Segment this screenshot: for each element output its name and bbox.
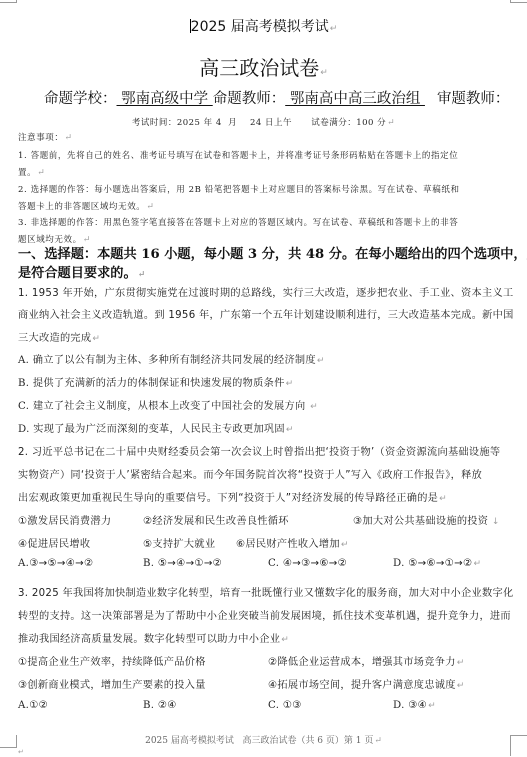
page-footer[interactable]: 2025 届高考模拟考试 高三政治试卷（共 6 页）第 1 页↵ bbox=[0, 733, 527, 746]
paragraph-mark-icon: ↵ bbox=[281, 635, 289, 645]
question-3-item-4[interactable]: ④拓展市场空间，提升客户满意度忠诚度↵ bbox=[268, 676, 465, 691]
exam-name[interactable]: 2025 届高考模拟考试↵ bbox=[0, 16, 527, 36]
crop-mark-top-right bbox=[510, 0, 527, 3]
question-1-stem-line3[interactable]: 三大改造的完成↵ bbox=[18, 329, 100, 344]
note-item-1-cont[interactable]: 置。↵ bbox=[18, 166, 45, 178]
school-value: 鄂南高级中学 bbox=[117, 91, 213, 107]
paragraph-mark-icon: ↵ bbox=[286, 425, 294, 435]
paragraph-mark-icon: ↵ bbox=[286, 379, 294, 389]
question-3-option-d[interactable]: D. ③④↵ bbox=[393, 700, 436, 711]
question-2-item-1[interactable]: ①激发居民消费潜力 bbox=[18, 512, 111, 527]
line-break-mark-icon: ↓ bbox=[492, 517, 500, 527]
paragraph-mark-icon: ↵ bbox=[457, 658, 465, 668]
question-3-stem-line2[interactable]: 转型的支持。这一决策部署是为了帮助中小企业突破当前发展困境，抓住技术变革机遇，提… bbox=[18, 607, 511, 622]
question-3-item-2[interactable]: ②降低企业运营成本，增强其市场竞争力↵ bbox=[268, 653, 465, 668]
note-item-2-cont[interactable]: 答题卡上的非答题区域均无效。↵ bbox=[18, 200, 155, 212]
question-1-option-a[interactable]: A. 确立了以公有制为主体、多种所有制经济共同发展的经济制度↵ bbox=[18, 351, 325, 366]
paragraph-mark-icon: ↵ bbox=[473, 559, 481, 569]
paragraph-mark-icon: ↵ bbox=[310, 402, 318, 412]
question-1-option-b[interactable]: B. 提供了充满新的活力的体制保证和快速发展的物质条件↵ bbox=[18, 374, 293, 389]
paragraph-mark-icon: ↵ bbox=[146, 202, 154, 212]
question-1-option-c[interactable]: C. 建立了社会主义制度，从根本上改变了中国社会的发展方向 ↵ bbox=[18, 397, 318, 412]
question-2-item-2[interactable]: ②经济发展和民生改善良性循环 bbox=[143, 512, 289, 527]
question-1-option-d[interactable]: D. 实现了最为广泛而深刻的变革，人民民主专政更加巩固↵ bbox=[18, 420, 294, 435]
question-2-option-c[interactable]: C. ④→③→⑥→② bbox=[268, 558, 347, 569]
note-item-1[interactable]: 1. 答题前，先将自己的姓名、准考证号填写在试卷和答题卡上，并将准考证号条形码粘… bbox=[18, 149, 458, 161]
paragraph-mark-icon: ↵ bbox=[374, 736, 382, 746]
paragraph-mark-icon: ↵ bbox=[37, 168, 45, 178]
paragraph-mark-icon: ↵ bbox=[457, 681, 465, 691]
question-2-item-6[interactable]: ⑥居民财产性收入增加↵ bbox=[236, 535, 349, 550]
question-3-option-b[interactable]: B. ②④ bbox=[143, 700, 177, 711]
question-3-item-1[interactable]: ①提高企业生产效率，持续降低产品价格 bbox=[18, 653, 206, 668]
note-item-2[interactable]: 2. 选择题的作答：每小题选出答案后，用 2B 铅笔把答题卡上对应题目的答案标号… bbox=[18, 183, 460, 195]
question-3-option-a[interactable]: A.①② bbox=[18, 700, 48, 711]
paragraph-mark-icon: ↵ bbox=[317, 356, 325, 366]
question-2-item-3[interactable]: ③加大对公共基础设施的投资 ↓ bbox=[353, 512, 500, 527]
teacher-label: 命题教师： bbox=[213, 91, 286, 107]
note-item-3[interactable]: 3. 非选择题的作答：用黑色签字笔直接答在答题卡上对应的答题区域内。写在试卷、草… bbox=[18, 216, 458, 228]
paper-authors[interactable]: 命题学校： 鄂南高级中学 命题教师： 鄂南高中高三政治组 审题教师： bbox=[44, 87, 509, 108]
paragraph-mark-icon: ↵ bbox=[320, 68, 328, 78]
paragraph-mark-icon: ↵ bbox=[387, 118, 395, 128]
question-3-stem-line3[interactable]: 推动我国经济高质量发展。数字化转型可以助力中小企业↵ bbox=[18, 630, 289, 645]
question-3-item-3[interactable]: ③创新商业模式，增加生产要素的投入量 bbox=[18, 676, 206, 691]
question-2-stem-line2[interactable]: 实物资产）同‘投资于人’紧密结合起来。而今年国务院首次将“投资于人”写入《政府工… bbox=[18, 466, 482, 481]
reviewer-label: 审题教师： bbox=[437, 91, 510, 107]
question-2-option-b[interactable]: B. ⑤→④→①→② bbox=[143, 558, 222, 569]
paper-title[interactable]: 高三政治试卷↵ bbox=[0, 52, 527, 81]
paragraph-mark-icon: ↵ bbox=[428, 701, 436, 711]
paragraph-mark-icon: ↵ bbox=[330, 24, 338, 34]
question-2-stem-line3[interactable]: 出宏观政策更加重视民生导向的重要信号。下列“投资于人”对经济发展的传导路径正确的… bbox=[18, 489, 447, 504]
question-2-item-4[interactable]: ④促进居民增收 bbox=[18, 535, 90, 550]
question-2-stem[interactable]: 2. 习近平总书记在二十届中央财经委员会第一次会议上时曾指出把‘投资于物’（资金… bbox=[18, 443, 500, 458]
crop-mark-top-left bbox=[0, 0, 17, 3]
question-1-stem[interactable]: 1. 1953 年开始，广东贯彻实施党在过渡时期的总路线，实行三大改造，逐步把农… bbox=[18, 284, 513, 299]
question-2-item-5[interactable]: ⑤支持扩大就业 bbox=[143, 535, 215, 550]
section-heading-cont[interactable]: 是符合题目要求的。↵ bbox=[18, 262, 145, 281]
paragraph-mark-icon: ↵ bbox=[138, 270, 146, 280]
school-label: 命题学校： bbox=[44, 91, 117, 107]
question-3-stem[interactable]: 3. 2025 年我国将加快制造业数字化转型，培育一批既懂行业又懂数字化的服务商… bbox=[18, 584, 513, 599]
exam-info[interactable]: 考试时间：2025 年 4 月 24 日上午 试卷满分：100 分↵ bbox=[0, 116, 527, 128]
paragraph-mark-icon: ↵ bbox=[65, 133, 73, 143]
question-3-option-c[interactable]: C. ①③ bbox=[268, 700, 302, 711]
teacher-value: 鄂南高中高三政治组 bbox=[285, 91, 425, 107]
question-2-option-a[interactable]: A.③→⑤→④→② bbox=[18, 558, 93, 569]
section-heading[interactable]: 一、选择题：本题共 16 小题，每小题 3 分，共 48 分。在每小题给出的四个… bbox=[18, 243, 527, 262]
notes-title[interactable]: 注意事项：↵ bbox=[18, 131, 73, 143]
paragraph-mark-icon: ↵ bbox=[92, 334, 100, 344]
paragraph-mark-icon: ↵ bbox=[341, 540, 349, 550]
paragraph-mark-icon: ↵ bbox=[439, 494, 447, 504]
paragraph-mark-icon: ↵ bbox=[18, 748, 24, 756]
question-2-option-d[interactable]: D. ⑤→⑥→①→②↵ bbox=[393, 558, 481, 569]
question-1-stem-line2[interactable]: 商业纳入社会主义改造轨道。到 1956 年，广东第一个五年计划建设顺利进行，三大… bbox=[18, 306, 514, 321]
